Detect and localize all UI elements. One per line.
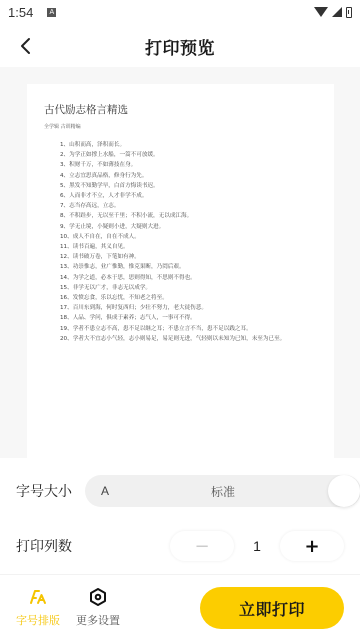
font-size-slider[interactable]: A 标准 xyxy=(85,475,360,507)
wifi-icon xyxy=(314,7,328,17)
columns-value: 1 xyxy=(234,538,280,554)
list-item: 19、学者不患立志不高，患不足以继之耳；不患立言不当，患不足以践之耳。 xyxy=(44,324,318,334)
columns-row: 打印列数 − 1 + xyxy=(16,531,344,561)
tab-more-settings[interactable]: 更多设置 xyxy=(75,587,121,628)
list-item: 16、发愤忘食，乐以忘忧，不知老之将至。 xyxy=(44,293,318,303)
back-button[interactable] xyxy=(16,36,36,56)
list-item: 12、读书破万卷，下笔如有神。 xyxy=(44,252,318,262)
list-item: 9、学无止境，小疑则小进，大疑则大进。 xyxy=(44,222,318,232)
print-now-button[interactable]: 立即打印 xyxy=(200,587,344,629)
document-subtitle: 全学辑 古训精编 xyxy=(44,123,318,130)
list-item: 3、积财千万，不如薄技在身。 xyxy=(44,160,318,170)
font-size-row: 字号大小 A 标准 xyxy=(16,474,344,508)
chevron-left-icon xyxy=(16,36,36,56)
font-size-label: 字号大小 xyxy=(16,481,84,501)
list-item: 1、山积而高，泽积而长。 xyxy=(44,140,318,150)
list-item: 2、为学正如撑上水船，一篙不可放缓。 xyxy=(44,150,318,160)
notification-badge-icon: A xyxy=(47,8,56,17)
page-title: 打印预览 xyxy=(145,34,215,59)
list-item: 8、不积跬步，无以至千里；不积小流，无以成江海。 xyxy=(44,211,318,221)
status-time: 1:54 xyxy=(8,5,33,20)
decrement-button[interactable]: − xyxy=(170,531,234,561)
font-size-value: 标准 xyxy=(85,483,360,500)
document-list: 1、山积而高，泽积而长。 2、为学正如撑上水船，一篙不可放缓。 3、积财千万，不… xyxy=(44,140,318,344)
list-item: 13、功崇惟志，业广惟勤，惟克果断，乃罔后艰。 xyxy=(44,262,318,272)
document-title: 古代励志格言精选 xyxy=(44,102,318,117)
list-item: 11、读书百遍，其义自见。 xyxy=(44,242,318,252)
increment-button[interactable]: + xyxy=(280,531,344,561)
font-size-icon xyxy=(28,587,48,607)
list-item: 20、学者大不宜志小气轻，志小则易足，易足则无进，气轻则以未知为已知，未至为已至… xyxy=(44,334,318,344)
columns-label: 打印列数 xyxy=(16,536,84,556)
preview-paper: 古代励志格言精选 全学辑 古训精编 1、山积而高，泽积而长。 2、为学正如撑上水… xyxy=(27,84,334,458)
list-item: 17、百川东到海，何时复西归；少壮不努力，老大徒伤悲。 xyxy=(44,303,318,313)
list-item: 18、人品、学问，俱成于素养；志气人，一事可不得。 xyxy=(44,313,318,323)
tab-font-layout[interactable]: 字号排版 xyxy=(15,587,61,628)
list-item: 14、为学之道，必本于思，思则得知，不思则不得也。 xyxy=(44,273,318,283)
app-bar: 打印预览 xyxy=(0,24,360,68)
status-bar: 1:54 A xyxy=(0,0,360,24)
tab-label: 更多设置 xyxy=(76,612,120,628)
tab-label: 字号排版 xyxy=(16,612,60,628)
signal-icon xyxy=(332,7,342,17)
list-item: 6、人而非才不立，人才非学不成。 xyxy=(44,191,318,201)
bottom-bar: 字号排版 更多设置 立即打印 xyxy=(0,575,360,641)
print-preview-area[interactable]: 古代励志格言精选 全学辑 古训精编 1、山积而高，泽积而长。 2、为学正如撑上水… xyxy=(0,67,360,458)
list-item: 15、非学无以广才，非志无以成学。 xyxy=(44,283,318,293)
settings-panel: 字号大小 A 标准 打印列数 − 1 + xyxy=(0,458,360,574)
battery-charging-icon xyxy=(346,7,352,18)
list-item: 10、成人不自在，自在不成人。 xyxy=(44,232,318,242)
list-item: 7、志当存高远，立志。 xyxy=(44,201,318,211)
columns-stepper[interactable]: − 1 + xyxy=(170,531,344,561)
list-item: 5、黑发不知勤学早，白首方悔读书迟。 xyxy=(44,181,318,191)
slider-knob[interactable] xyxy=(328,475,360,507)
settings-hexagon-icon xyxy=(88,587,108,607)
list-item: 4、立志宜思真品格，修身行为先。 xyxy=(44,171,318,181)
